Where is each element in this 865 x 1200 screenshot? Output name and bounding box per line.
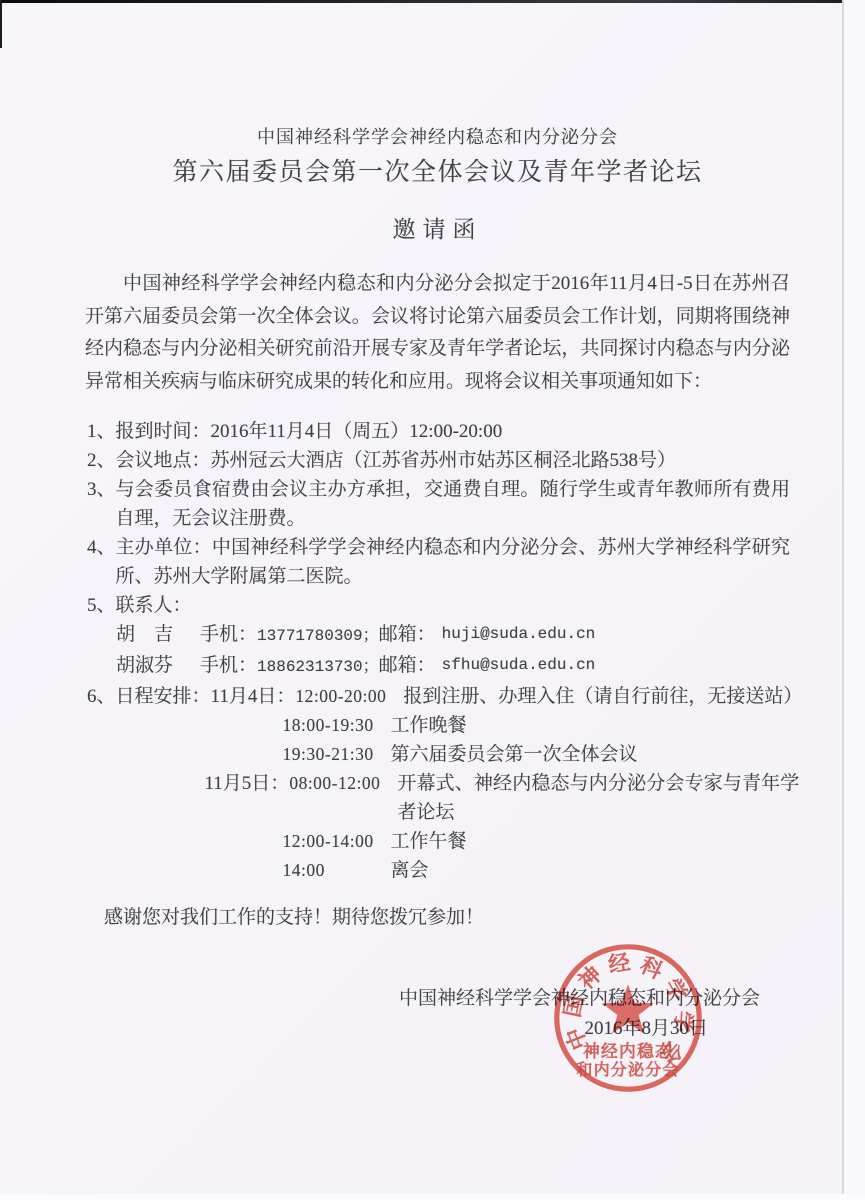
stamp-text-line1: 神经内稳态 [583,1041,673,1061]
stamp-star-icon [602,984,654,1033]
conference-title: 第六届委员会第一次全体会议及青年学者论坛 [85,155,790,191]
schedule-event: 开幕式、神经内稳态与内分泌分会专家与青年学者论坛 [397,769,799,827]
schedule-time: 08:00-12:00 [289,769,397,798]
contact-name: 胡淑芬 [116,651,200,682]
item-text: 会议地点：苏州冠云大酒店（江苏省苏州市姑苏区桐泾北路538号） [116,446,790,475]
schedule-time: 14:00 [283,856,391,885]
item-text: 主办单位：中国神经科学学会神经内稳态和内分泌分会、苏州大学神经科学研究所、苏州大… [116,533,790,591]
contact-row: 胡 吉 手机：13771780309； 邮箱： huji@suda.edu.cn [87,620,790,651]
intro-paragraph: 中国神经科学学会神经内稳态和内分泌分会拟定于2016年11月4日-5日在苏州召开… [85,268,790,398]
contact-email: sfhu@suda.edu.cn [442,651,596,682]
list-item-venue: 2、 会议地点：苏州冠云大酒店（江苏省苏州市姑苏区桐泾北路538号） [87,446,790,475]
svg-text:国: 国 [560,993,588,1019]
contact-row: 胡淑芬 手机：18862313730； 邮箱： sfhu@suda.edu.cn [87,651,790,682]
list-item-organizers: 4、 主办单位：中国神经科学学会神经内稳态和内分泌分会、苏州大学神经科学研究所、… [87,533,790,591]
list-item-registration-time: 1、 报到时间：2016年11月4日（周五）12:00-20:00 [87,417,790,446]
item-number: 2、 [87,446,116,475]
letter-content: 中国神经科学学会神经内稳态和内分泌分会 第六届委员会第一次全体会议及青年学者论坛… [0,0,865,1044]
item-number: 1、 [87,417,116,446]
schedule-row: 14:00 离会 [116,856,806,885]
organization-name: 中国神经科学学会神经内稳态和内分泌分会 [85,124,790,150]
item-number: 6、 [87,682,116,711]
phone-label: 手机： [200,624,257,645]
closing-line: 感谢您对我们工作的支持！期待您拨冗参加！ [85,903,790,932]
letter-header: 中国神经科学学会神经内稳态和内分泌分会 第六届委员会第一次全体会议及青年学者论坛… [85,0,790,246]
doc-type-title: 邀请函 [85,214,790,246]
svg-text:学: 学 [670,1010,696,1034]
contact-name: 胡 吉 [116,620,200,651]
schedule-time: 19:30-21:30 [283,740,391,769]
schedule-row: 19:30-21:30 第六届委员会第一次全体会议 [116,740,806,769]
stamp-svg: 中国神经科学学会 神经内稳态 和内分泌分会 [548,938,708,1098]
stamp-text-line2: 和内分泌分会 [576,1060,679,1079]
contact-phone: 手机：18862313730； [200,651,379,682]
schedule-time: 12:00-20:00 [295,682,403,711]
item-text: 联系人： [116,591,790,620]
item-text: 与会委员食宿费由会议主办方承担，交通费自理。随行学生或青年教师所有费用自理，无会… [116,475,790,533]
phone-label: 手机： [200,655,257,676]
schedule-label: 日程安排： [116,682,211,711]
phone-number: 18862313730； [257,658,379,676]
item-number: 4、 [87,533,116,562]
email-label: 邮箱： [379,620,436,651]
svg-text:经: 经 [607,950,633,977]
schedule-time: 18:00-19:30 [283,711,391,740]
schedule-row: 11月5日： 08:00-12:00 开幕式、神经内稳态与内分泌分会专家与青年学… [116,769,806,827]
scan-edge-bottom [0,1194,865,1200]
schedule-event: 离会 [391,856,793,885]
schedule-event: 工作晚餐 [391,711,793,740]
official-stamp: 中国神经科学学会 神经内稳态 和内分泌分会 [548,938,708,1098]
schedule-time: 12:00-14:00 [283,827,391,856]
schedule-day: 11月5日： [205,769,290,798]
email-label: 邮箱： [379,651,436,682]
item-number: 5、 [87,591,116,620]
item-text: 报到时间：2016年11月4日（周五）12:00-20:00 [116,417,790,446]
notice-list: 1、 报到时间：2016年11月4日（周五）12:00-20:00 2、 会议地… [87,417,790,885]
list-item-schedule: 6、 日程安排： 11月4日： 12:00-20:00 报到注册、办理入住（请自… [87,682,790,885]
schedule-row: 12:00-14:00 工作午餐 [116,827,806,856]
item-number: 3、 [87,475,116,504]
scanned-invitation-letter: 中国神经科学学会神经内稳态和内分泌分会 第六届委员会第一次全体会议及青年学者论坛… [0,0,865,1200]
list-item-expenses: 3、 与会委员食宿费由会议主办方承担，交通费自理。随行学生或青年教师所有费用自理… [87,475,790,533]
phone-number: 13771780309； [257,627,379,645]
schedule-table: 日程安排： 11月4日： 12:00-20:00 报到注册、办理入住（请自行前往… [116,682,806,885]
contact-email: huji@suda.edu.cn [442,620,596,651]
schedule-row: 18:00-19:30 工作晚餐 [116,711,806,740]
schedule-day: 11月4日： [211,682,296,711]
contact-phone: 手机：13771780309； [200,620,379,651]
schedule-event: 工作午餐 [391,827,793,856]
schedule-event: 第六届委员会第一次全体会议 [391,740,793,769]
list-item-contacts: 5、 联系人： [87,591,790,620]
schedule-event: 报到注册、办理入住（请自行前往，无接送站） [403,682,805,711]
schedule-row: 日程安排： 11月4日： 12:00-20:00 报到注册、办理入住（请自行前往… [116,682,806,711]
